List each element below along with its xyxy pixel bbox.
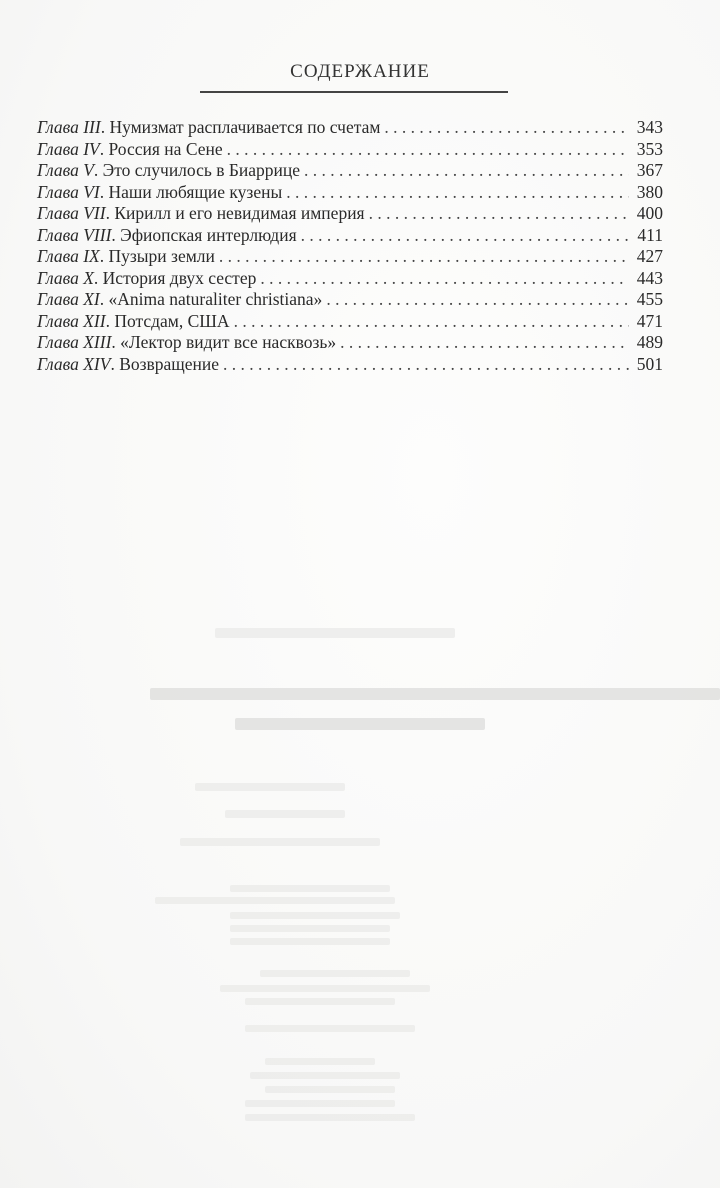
toc-page: 367: [633, 160, 663, 182]
leader-dots: [384, 117, 629, 139]
toc-chapter: Глава XI: [37, 289, 100, 311]
toc-page: 471: [633, 311, 663, 333]
toc-entry: Глава XIV. Возвращение501: [37, 354, 663, 376]
toc-page: 380: [633, 182, 663, 204]
leader-dots: [286, 182, 629, 204]
toc-entry: Глава IV. Россия на Сене353: [37, 139, 663, 161]
toc-chapter: Глава III: [37, 117, 101, 139]
toc-entry: Глава IX. Пузыри земли427: [37, 246, 663, 268]
toc-chapter: Глава VI: [37, 182, 100, 204]
leader-dots: [260, 268, 629, 290]
leader-dots: [326, 289, 629, 311]
toc-entry: Глава VI. Наши любящие кузены380: [37, 182, 663, 204]
toc-chapter: Глава XII: [37, 311, 106, 333]
leader-dots: [301, 225, 629, 247]
toc-page: 489: [633, 332, 663, 354]
leader-dots: [223, 354, 629, 376]
toc-page: 400: [633, 203, 663, 225]
leader-dots: [234, 311, 629, 333]
table-of-contents: Глава III. Нумизмат расплачивается по сч…: [37, 117, 663, 375]
toc-title: Нумизмат расплачивается по счетам: [109, 117, 380, 139]
toc-page: 501: [633, 354, 663, 376]
toc-chapter: Глава V: [37, 160, 94, 182]
toc-entry: Глава X. История двух сестер443: [37, 268, 663, 290]
toc-title: Потсдам, США: [114, 311, 229, 333]
toc-entry: Глава XIII. «Лектор видит все насквозь»4…: [37, 332, 663, 354]
toc-entry: Глава XI. «Anima naturaliter christiana»…: [37, 289, 663, 311]
toc-entry: Глава XII. Потсдам, США471: [37, 311, 663, 333]
toc-title: Возвращение: [119, 354, 219, 376]
toc-entry: Глава VII. Кирилл и его невидимая импери…: [37, 203, 663, 225]
leader-dots: [340, 332, 629, 354]
toc-chapter: Глава IX: [37, 246, 100, 268]
toc-chapter: Глава XIV: [37, 354, 110, 376]
toc-chapter: Глава VIII: [37, 225, 111, 247]
leader-dots: [369, 203, 629, 225]
toc-chapter: Глава X: [37, 268, 94, 290]
toc-title: «Лектор видит все насквозь»: [120, 332, 336, 354]
toc-title: Кирилл и его невидимая империя: [114, 203, 364, 225]
page-title: СОДЕРЖАНИЕ: [0, 61, 720, 83]
title-rule: [200, 91, 508, 93]
toc-title: Пузыри земли: [109, 246, 215, 268]
toc-entry: Глава V. Это случилось в Биаррице367: [37, 160, 663, 182]
toc-title: Это случилось в Биаррице: [103, 160, 300, 182]
leader-dots: [304, 160, 629, 182]
toc-chapter: Глава XIII: [37, 332, 111, 354]
toc-page: 427: [633, 246, 663, 268]
toc-entry: Глава III. Нумизмат расплачивается по сч…: [37, 117, 663, 139]
toc-page: 343: [633, 117, 663, 139]
book-page: СОДЕРЖАНИЕ Глава III. Нумизмат расплачив…: [0, 0, 720, 1188]
toc-title: «Anima naturaliter christiana»: [109, 289, 323, 311]
toc-page: 353: [633, 139, 663, 161]
toc-page: 411: [633, 225, 663, 247]
toc-title: Наши любящие кузены: [109, 182, 283, 204]
toc-title: История двух сестер: [103, 268, 257, 290]
toc-entry: Глава VIII. Эфиопская интерлюдия411: [37, 225, 663, 247]
toc-title: Эфиопская интерлюдия: [120, 225, 296, 247]
toc-title: Россия на Сене: [109, 139, 223, 161]
leader-dots: [227, 139, 629, 161]
toc-page: 455: [633, 289, 663, 311]
leader-dots: [219, 246, 629, 268]
toc-chapter: Глава VII: [37, 203, 106, 225]
toc-page: 443: [633, 268, 663, 290]
toc-chapter: Глава IV: [37, 139, 100, 161]
